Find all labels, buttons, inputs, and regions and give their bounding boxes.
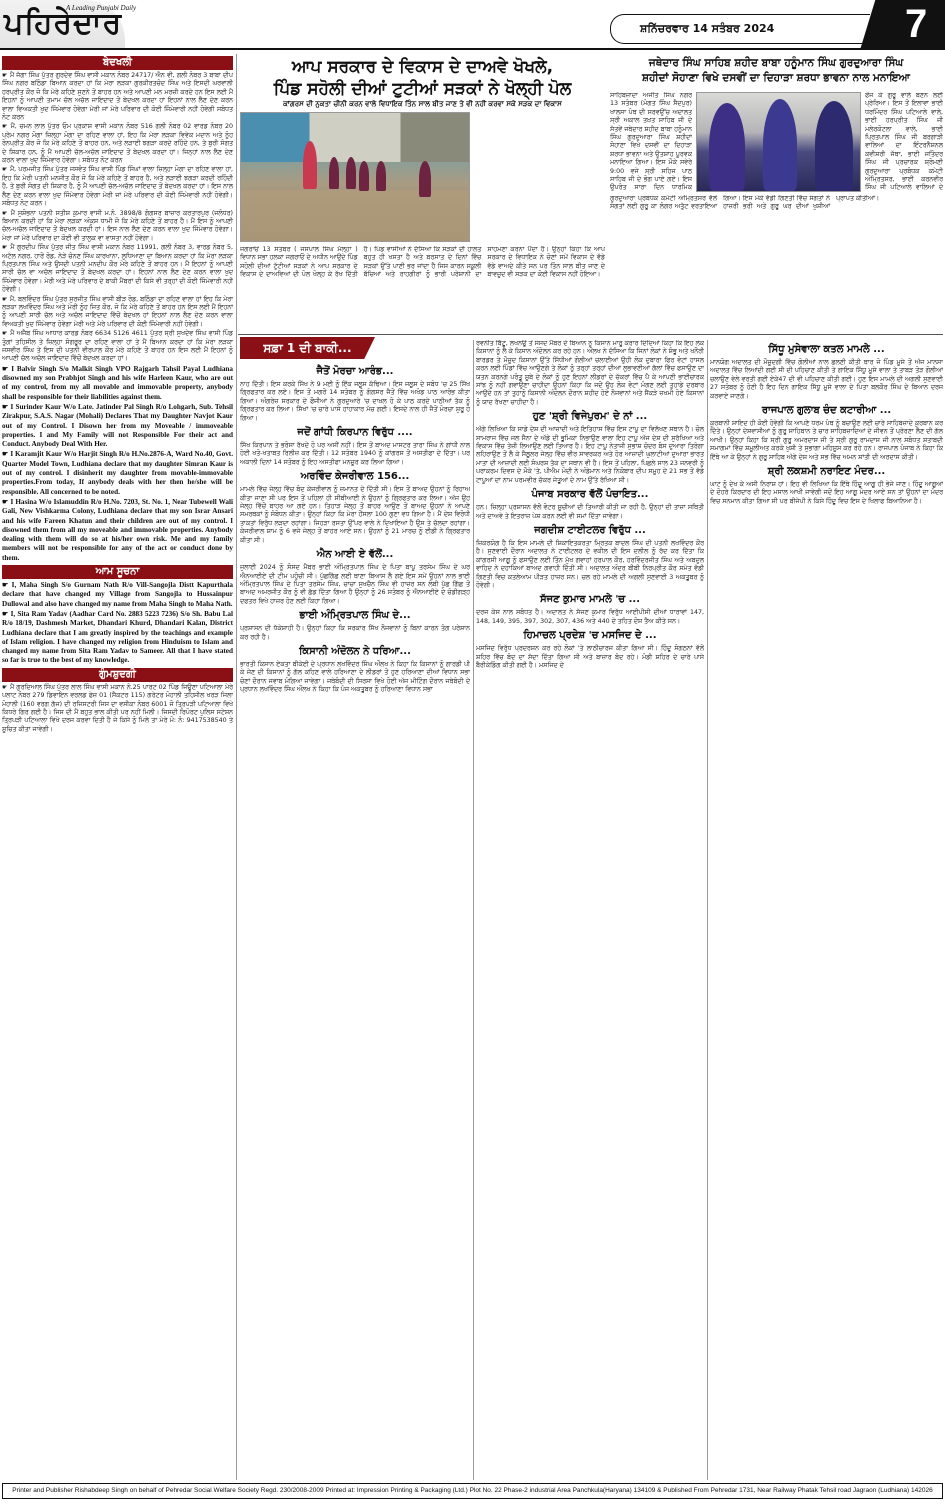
tagline: A Leading Punjabi Daily — [66, 4, 136, 12]
story-title[interactable]: ਅਰਵਿੰਦ ਕੇਜਰੀਵਾਲ 156... — [240, 470, 470, 484]
story-title[interactable]: ਭਾਈ ਅੰਮ੍ਰਿਤਪਾਲ ਸਿੰਘ ਦੇ... — [240, 609, 470, 623]
pointer-icon: ☛ — [2, 210, 11, 217]
continuation-column: ਜੈਤੋਂ ਮੋਰਚਾ ਆਰੰਭ... ਨਾਹ ਦਿੱਤੀ। ਇਸ ਕਰਕੇ ਸ… — [240, 362, 470, 1480]
lead-body: ਜਗਰਾਓਂ 13 ਸਤੰਬਰ ( ਜਸਪਾਲ ਸਿੰਘ ਮੱਲ੍ਹਾ ) ਵਿ… — [240, 246, 605, 334]
child-figure — [359, 161, 369, 191]
notice-item: ☛ ਮੈਂ ਸੁਸ਼ੋਭਨਾ ਪਤਨੀ ਸਤੀਸ਼ ਕੁਮਾਰ ਵਾਸੀ ਮ.ਨ… — [2, 210, 233, 244]
notice-item-en: ☛ I Balvir Singh S/o Malkit Singh VPO Ra… — [2, 365, 233, 402]
notice-item: ☛ ਮੈਂ, ਚਮਨ ਲਾਲ ਪੁੱਤਰ ਓਮ ਪ੍ਰਕਾਸ਼ ਵਾਸੀ ਮਕਾ… — [2, 123, 233, 165]
notice-item: ☛ ਮੈਂ ਜੱਗਾ ਸਿੰਘ ਪੁੱਤਰ ਗੁਰਦੇਵ ਸਿੰਘ ਵਾਸੀ ਮ… — [2, 72, 233, 122]
gurdwara-body-continued: ਗੁਰਦੁਆਰਾ ਪ੍ਰਬੰਧਕ ਕਮੇਟੀ ਅੰਮ੍ਰਿਤਸਰ ਵੱਲੋਂ ਸ… — [610, 195, 943, 333]
notice-item: ☛ ਮੈਂ, ਪਰਮਜੀਤ ਸਿੰਘ ਪੁੱਤਰ ਜਸਵੰਤ ਸਿੰਘ ਵਾਸੀ… — [2, 166, 233, 208]
section-header-missing: ਗੁੰਮਸ਼ੁਦਗੀ — [2, 668, 233, 682]
story-title[interactable]: ਸ਼੍ਰੀ ਲਕਸ਼ਮੀ ਨਰਾਇਣ ਮੰਦਰ... — [710, 465, 943, 479]
pointer-icon: ☛ — [2, 330, 10, 337]
notice-item: ☛ ਮੈਂ, ਬਲਵਿੰਦਰ ਸਿੰਘ ਪੁੱਤਰ ਸੁਰਜੀਤ ਸਿੰਘ ਵਾ… — [2, 296, 233, 330]
story-title[interactable]: ਹੁਣ 'ਸ਼੍ਰੀ ਵਿਜੇਪੁਰਮ' ਦੇ ਨਾਂ ... — [476, 410, 704, 424]
story-title[interactable]: ਪੰਜਾਬ ਸਰਕਾਰ ਵੱਲੋਂ ਪੰਚਾਇਤ... — [476, 488, 704, 502]
notice-item-en: ☛ I Hasina W/o Islamuddin R/o H.No. 7203… — [2, 498, 233, 563]
lead-photo[interactable] — [240, 112, 470, 242]
pointer-icon: ☛ — [2, 72, 10, 79]
column-divider — [473, 340, 474, 1480]
middle-column: ਰਵਨੀਤ ਬਿੱਟੂ, ਲਖਨਊ ਤੋਂ ਸੰਸਦ ਮੈਂਬਰ ਦੇ ਬਿਆਨ… — [476, 340, 704, 1480]
gurdwara-headline[interactable]: ਜਥੇਦਾਰ ਸਿੰਘ ਸਾਹਿਬ ਸ਼ਹੀਦ ਬਾਬਾ ਹਨੂੰਮਾਨ ਸਿੰ… — [610, 56, 942, 86]
public-notice-item: ☛ I, Maha Singh S/o Gurnam Nath R/o Vill… — [2, 581, 233, 609]
story-title[interactable]: ਜਦੋਂ ਗਾਂਧੀ ਕਿਰਪਾਨ ਵਿਰੁੱਧ .... — [240, 426, 470, 440]
publisher-imprint: Printer and Publisher Rishabdeep Singh o… — [2, 1483, 943, 1499]
singer-figure — [815, 101, 853, 191]
child-figure — [329, 157, 339, 189]
notice-item: ☛ ਮੈਂ ਅਜੈਬ ਸਿੰਘ ਆਧਾਰ ਕਾਰਡ ਨੰਬਰ 6634 5126… — [2, 330, 233, 364]
right-column: ਸਿੱਧੂ ਮੁਸੇਵਾਲਾ ਕਤਲ ਮਾਮਲੇ ... ਮਾਨਯੋਗ ਅਦਾਲ… — [710, 340, 943, 1480]
child-figure — [376, 161, 386, 191]
pointer-icon: ☛ — [2, 581, 12, 589]
lead-subheadline: ਕਾਂਗਰਸ ਦੀ ਨੁਕਤਾ ਚੀਨੀ ਕਰਨ ਵਾਲੇ ਵਿਧਾਇਕ ਤਿੰ… — [240, 100, 605, 109]
puddle-shape — [241, 190, 469, 241]
pointer-icon: ☛ — [2, 166, 10, 173]
child-figure — [346, 157, 356, 189]
story-title[interactable]: ਜਗਦੀਸ਼ ਟਾਈਟਲਰ ਵਿਰੁੱਧ ... — [476, 524, 704, 538]
classifieds-column: ਬੇਦਖਲੀ ☛ ਮੈਂ ਜੱਗਾ ਸਿੰਘ ਪੁੱਤਰ ਗੁਰਦੇਵ ਸਿੰਘ… — [2, 54, 233, 1480]
continued-from-page1-box: ਸਫ਼ਾ 1 ਦੀ ਬਾਕੀ... — [240, 337, 375, 359]
pointer-icon: ☛ — [2, 403, 11, 411]
gurdwara-body-left: ਸਾਹਿਬਜ਼ਾਦਾ ਅਜੀਤ ਸਿੰਘ ਨਗਰ 13 ਸਤੰਬਰ (ਮੰਗਤ … — [610, 92, 692, 192]
section-header-disownment: ਬੇਦਖਲੀ — [2, 56, 233, 70]
column-divider — [707, 340, 708, 1480]
adult-figure — [303, 141, 317, 189]
notice-item: ☛ ਮੈਂ ਗੁਰਦੀਪ ਸਿੰਘ ਪੁੱਤਰ ਜੀਤ ਸਿੰਘ ਵਾਸੀ ਮਕ… — [2, 244, 233, 294]
story-title[interactable]: ਜੈਤੋਂ ਮੋਰਚਾ ਆਰੰਭ... — [240, 365, 470, 379]
notice-item-en: ☛ I Karamjit Kaur W/o Harjit Singh R/o H… — [2, 450, 233, 496]
gurdwara-photo[interactable] — [696, 92, 861, 192]
pointer-icon: ☛ — [2, 610, 11, 618]
story-title[interactable]: ਰਾਜਪਾਲ ਗੁਲਾਬ ਚੰਦ ਕਟਾਰੀਆ ... — [710, 404, 943, 418]
child-figure — [419, 161, 431, 197]
pointer-icon: ☛ — [2, 365, 11, 373]
pointer-icon: ☛ — [2, 123, 11, 130]
singer-figure — [763, 99, 797, 191]
pointer-icon: ☛ — [2, 684, 10, 691]
singer-figure — [709, 103, 745, 191]
gurdwara-body-right: ਫੌਜ ਕੇ ਗੁਰੂ ਵਾਲੇ ਬਣਨ ਲਈ ਪ੍ਰੇਰਿਆ। ਇਸ ਤੋਂ … — [865, 92, 943, 192]
buildings-shape — [241, 113, 469, 162]
story-title[interactable]: ਐਨ ਆਈ ਏ ਵੱਲੋਂ... — [240, 548, 470, 562]
notice-item-en: ☛ I Surinder Kaur W/o Late. Jatinder Pal… — [2, 403, 233, 449]
story-title[interactable]: ਹਿਮਾਚਲ ਪ੍ਰਦੇਸ਼ 'ਚ ਮਸਜਿਦ ਦੇ ... — [476, 629, 704, 643]
lost-notice-item: ☛ ਮੈਂ ਗੁਰਦਿਆਲ ਸਿੰਘ ਪੁੱਤਰ ਲਾਲ ਸਿੰਘ ਵਾਸੀ ਮ… — [2, 684, 233, 734]
pointer-icon: ☛ — [2, 296, 10, 303]
story-title[interactable]: ਸਿੱਧੂ ਮੁਸੇਵਾਲਾ ਕਤਲ ਮਾਮਲੇ ... — [710, 343, 943, 357]
public-notice-item: ☛ I, Sita Ram Yadav (Aadhar Card No. 288… — [2, 610, 233, 666]
horizontal-rule — [238, 334, 943, 335]
lead-headline[interactable]: ਆਪ ਸਰਕਾਰ ਦੇ ਵਿਕਾਸ ਦੇ ਦਾਅਵੇ ਖੋਖਲੇ, ਪਿੰਡ ਸ… — [240, 56, 605, 100]
page-number: 7 — [905, 2, 927, 47]
story-title[interactable]: ਸੱਜਣ ਕੁਮਾਰ ਮਾਮਲੇ 'ਚ ... — [476, 593, 704, 607]
issue-date: ਸ਼ਨਿੱਚਰਵਾਰ 14 ਸਤੰਬਰ 2024 — [640, 22, 774, 36]
kisan-continued: ਰਵਨੀਤ ਬਿੱਟੂ, ਲਖਨਊ ਤੋਂ ਸੰਸਦ ਮੈਂਬਰ ਦੇ ਬਿਆਨ… — [476, 340, 704, 407]
section-header-public-notice: ਆਮ ਸੂਚਨਾ — [2, 565, 233, 579]
masthead: ਪਹਿਰੇਦਾਰ A Leading Punjabi Daily ਸ਼ਨਿੱਚਰ… — [0, 0, 945, 50]
story-title[interactable]: ਕਿਸਾਨੀ ਅੰਦੋਲਨ ਨੇ ਧਰਿਆ... — [240, 645, 470, 659]
column-divider — [236, 54, 237, 1480]
page-number-box — [860, 0, 945, 50]
